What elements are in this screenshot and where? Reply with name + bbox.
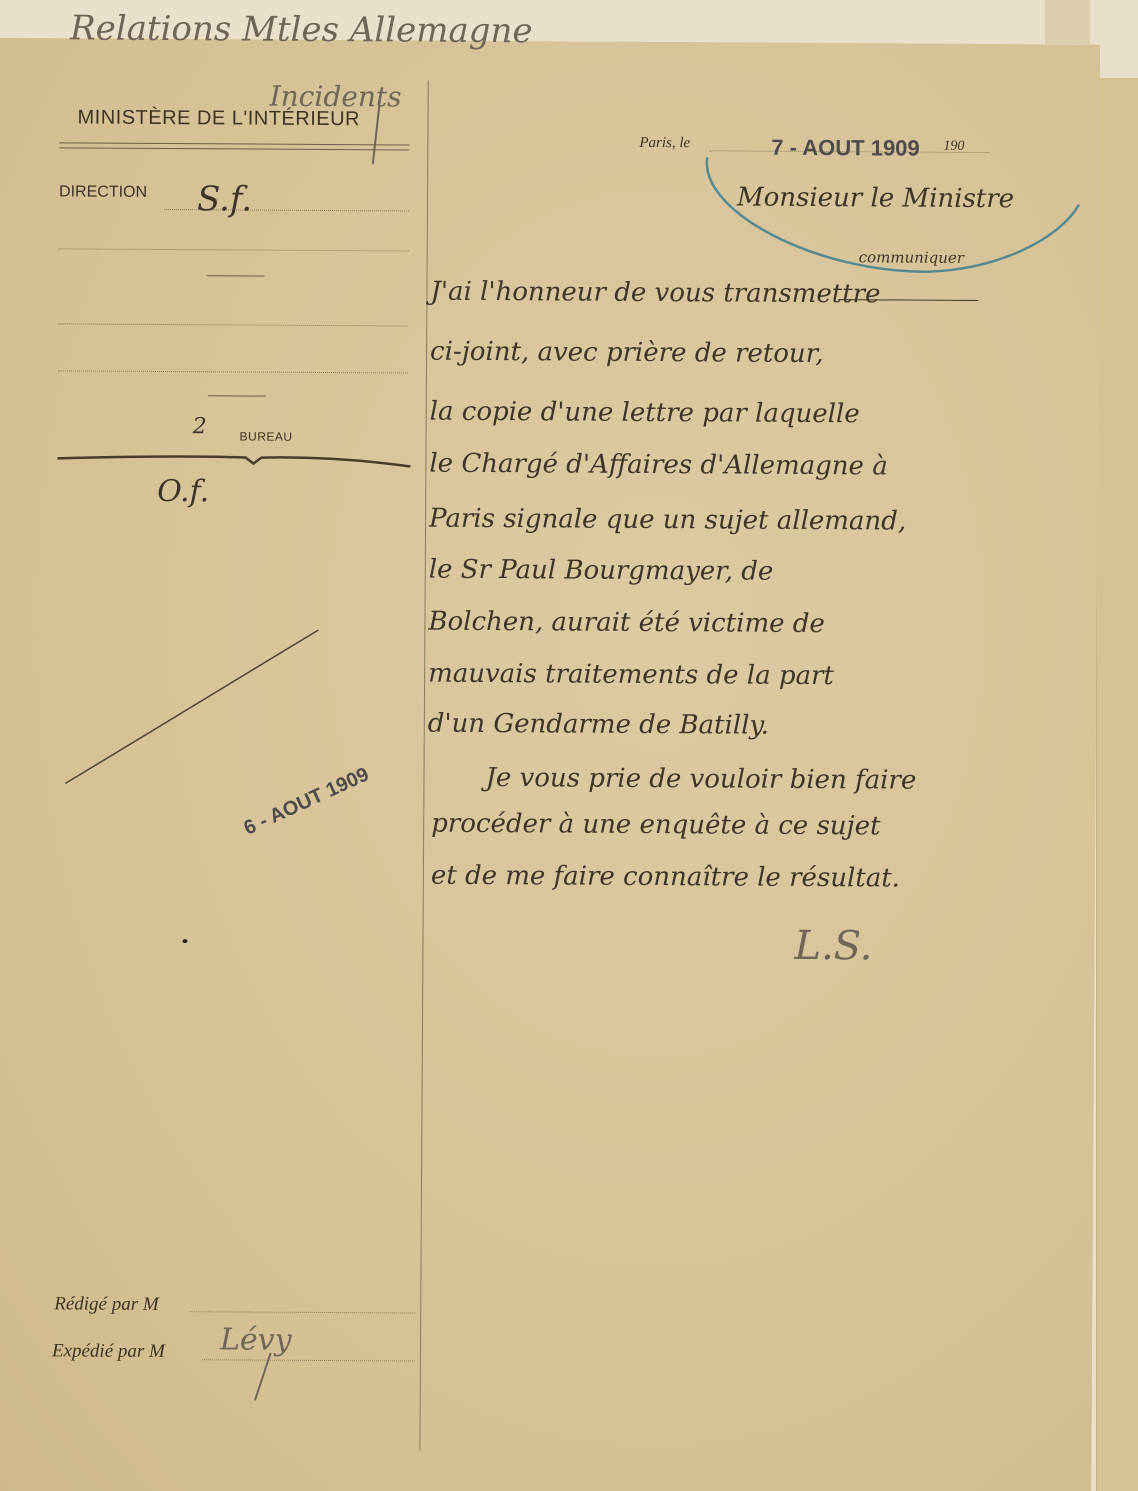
form-line xyxy=(58,370,408,373)
direction-value: S.f. xyxy=(197,179,252,219)
letter-line-2: ci-joint, avec prière de retour, xyxy=(430,337,824,369)
bureau-label: BUREAU xyxy=(240,429,293,443)
letter-line-4: le Chargé d'Affaires d'Allemagne à xyxy=(429,449,888,482)
letter-line-3: la copie d'une lettre par laquelle xyxy=(430,397,860,430)
letter-line-7: Bolchen, aurait été victime de xyxy=(428,607,825,639)
form-line xyxy=(59,248,409,251)
ministry-title: MINISTÈRE DE L'INTÉRIEUR xyxy=(77,106,360,131)
diagonal-stroke xyxy=(55,618,336,800)
short-rule xyxy=(207,275,265,276)
reference-mark: O.f. xyxy=(157,474,209,509)
header-double-rule xyxy=(59,142,409,150)
letter-line-5: Paris signale que un sujet allemand, xyxy=(429,504,906,537)
year-prefix: 190 xyxy=(943,139,964,155)
letter-line-10: Je vous prie de vouloir bien faire xyxy=(485,763,916,796)
salutation: Monsieur le Ministre xyxy=(737,183,1014,215)
form-line xyxy=(58,323,408,326)
underlying-sheet-right xyxy=(1096,78,1138,1491)
letter-line-9: d'un Gendarme de Batilly. xyxy=(428,709,769,741)
redige-label: Rédigé par M xyxy=(54,1293,159,1316)
expedie-value: Lévy xyxy=(220,1322,292,1357)
signature-initials: L.S. xyxy=(794,923,872,969)
place-label: Paris, le xyxy=(639,135,690,152)
ink-dot xyxy=(182,939,187,943)
ornamental-rule xyxy=(55,452,415,474)
direction-label: DIRECTION xyxy=(59,183,147,202)
letter-page: Relations Mtles Allemagne Incidents MINI… xyxy=(0,38,1100,1491)
bureau-number: 2 xyxy=(193,414,207,439)
underlying-sheet-tab xyxy=(1045,0,1090,44)
letter-line-1: J'ai l'honneur de vous transmettre xyxy=(430,277,880,310)
column-divider xyxy=(419,81,428,1451)
redige-line xyxy=(190,1311,415,1313)
expedie-line xyxy=(202,1359,415,1361)
short-rule xyxy=(208,395,266,396)
letter-line-12: et de me faire connaître le résultat. xyxy=(431,861,900,894)
insertion-above: communiquer xyxy=(859,248,964,267)
letter-line-11: procéder à une enquête à ce sujet xyxy=(431,809,880,842)
expedie-label: Expédié par M xyxy=(52,1340,165,1363)
pencil-annotation-subject: Relations Mtles Allemagne xyxy=(70,8,533,51)
letter-line-8: mauvais traitements de la part xyxy=(428,659,834,691)
letter-line-6: le Sr Paul Bourgmayer, de xyxy=(429,555,774,587)
